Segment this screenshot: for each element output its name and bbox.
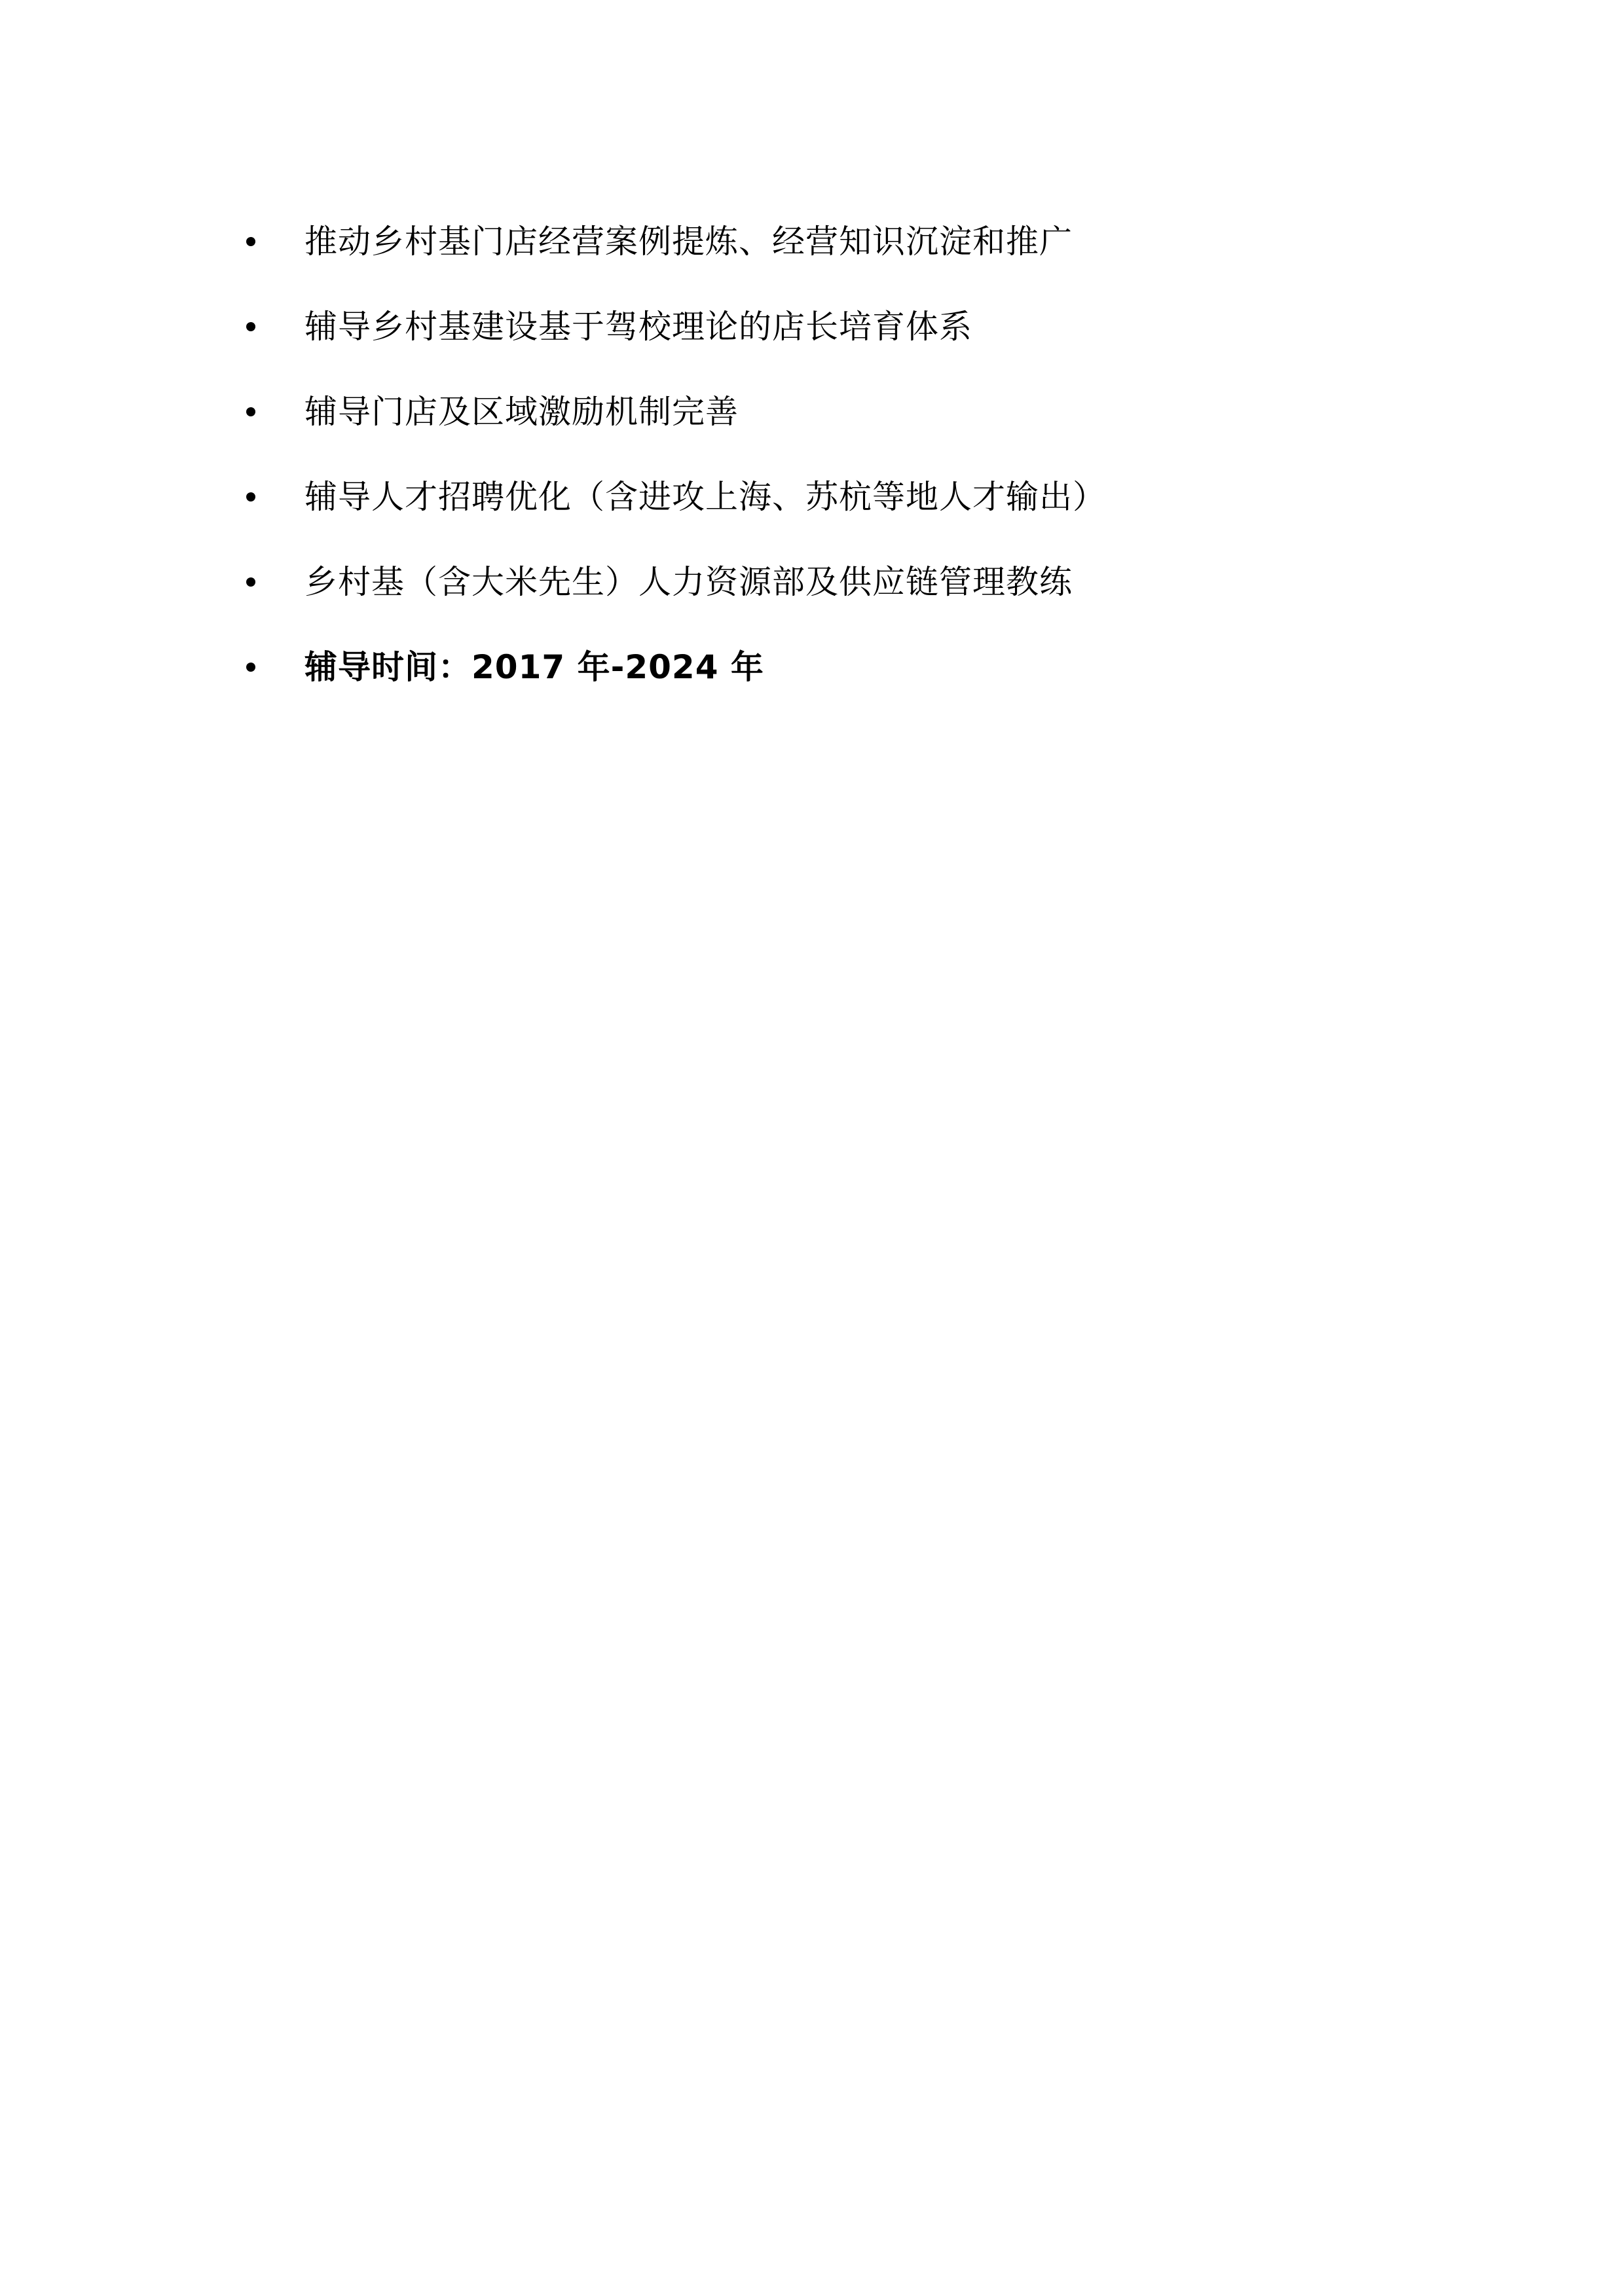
bullet-dot-icon — [246, 492, 255, 501]
bullet-text: 辅导门店及区域激励机制完善 — [304, 369, 739, 454]
bullet-text: 辅导人才招聘优化（含进攻上海、苏杭等地人才输出） — [304, 454, 1106, 539]
bullet-dot-icon — [246, 237, 255, 246]
bullet-dot-icon — [246, 407, 255, 416]
bullet-text: 乡村基（含大米先生）人力资源部及供应链管理教练 — [304, 539, 1073, 625]
bullet-dot-icon — [246, 663, 255, 672]
bullet-text: 辅导乡村基建设基于驾校理论的店长培育体系 — [304, 284, 972, 369]
bullet-dot-icon — [246, 577, 255, 587]
bullet-text: 推动乡村基门店经营案例提炼、经营知识沉淀和推广 — [304, 199, 1073, 284]
coaching-period-text: 辅导时间：2017 年-2024 年 — [304, 625, 764, 710]
document-page: 推动乡村基门店经营案例提炼、经营知识沉淀和推广 辅导乡村基建设基于驾校理论的店长… — [0, 0, 1624, 2296]
bullet-dot-icon — [246, 322, 255, 331]
